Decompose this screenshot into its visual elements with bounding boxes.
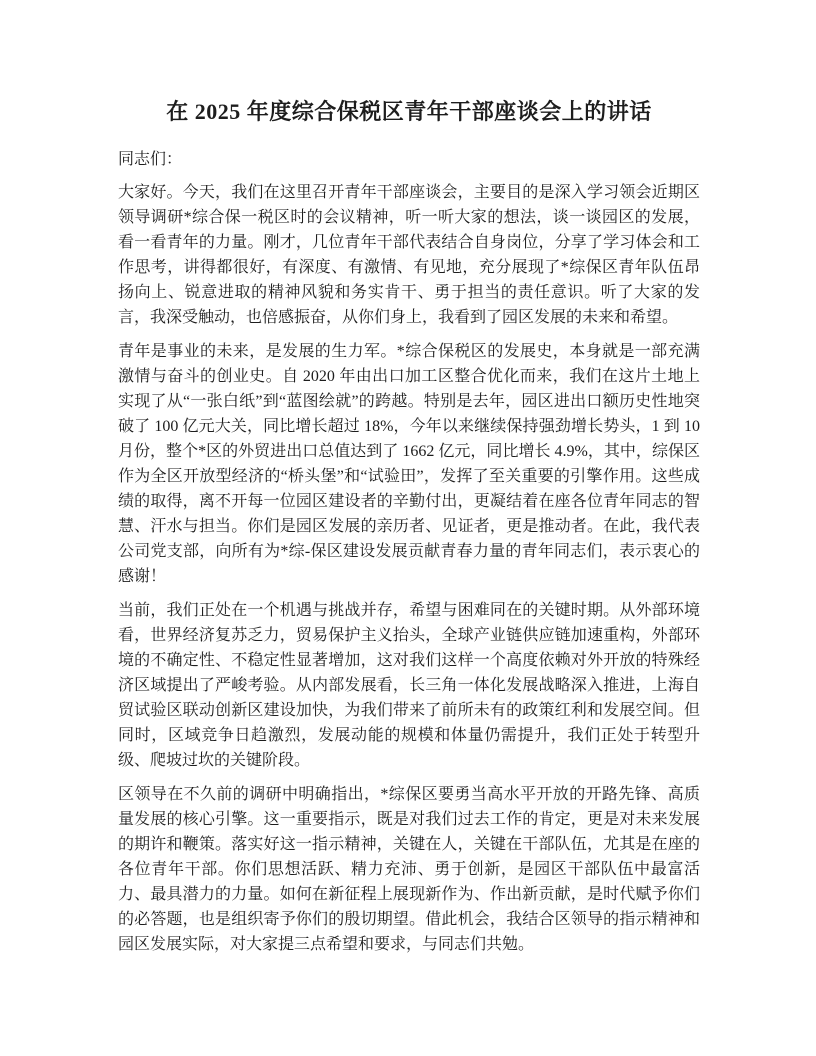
paragraph-opening: 大家好。今天，我们在这里召开青年干部座谈会，主要目的是深入学习领会近期区领导调研… (118, 180, 700, 330)
paragraph-situation: 当前，我们正处在一个机遇与挑战并存，希望与困难同在的关键时期。从外部环境看，世界… (118, 598, 700, 773)
document-title: 在 2025 年度综合保税区青年干部座谈会上的讲话 (118, 97, 700, 127)
document-page: 在 2025 年度综合保税区青年干部座谈会上的讲话 同志们： 大家好。今天，我们… (0, 0, 816, 1056)
paragraph-expectations: 区领导在不久前的调研中明确指出，*综保区要勇当高水平开放的开路先锋、高质量发展的… (118, 782, 700, 957)
paragraph-achievements: 青年是事业的未来，是发展的生力军。*综合保税区的发展史，本身就是一部充满激情与奋… (118, 339, 700, 589)
salutation: 同志们： (118, 147, 700, 172)
